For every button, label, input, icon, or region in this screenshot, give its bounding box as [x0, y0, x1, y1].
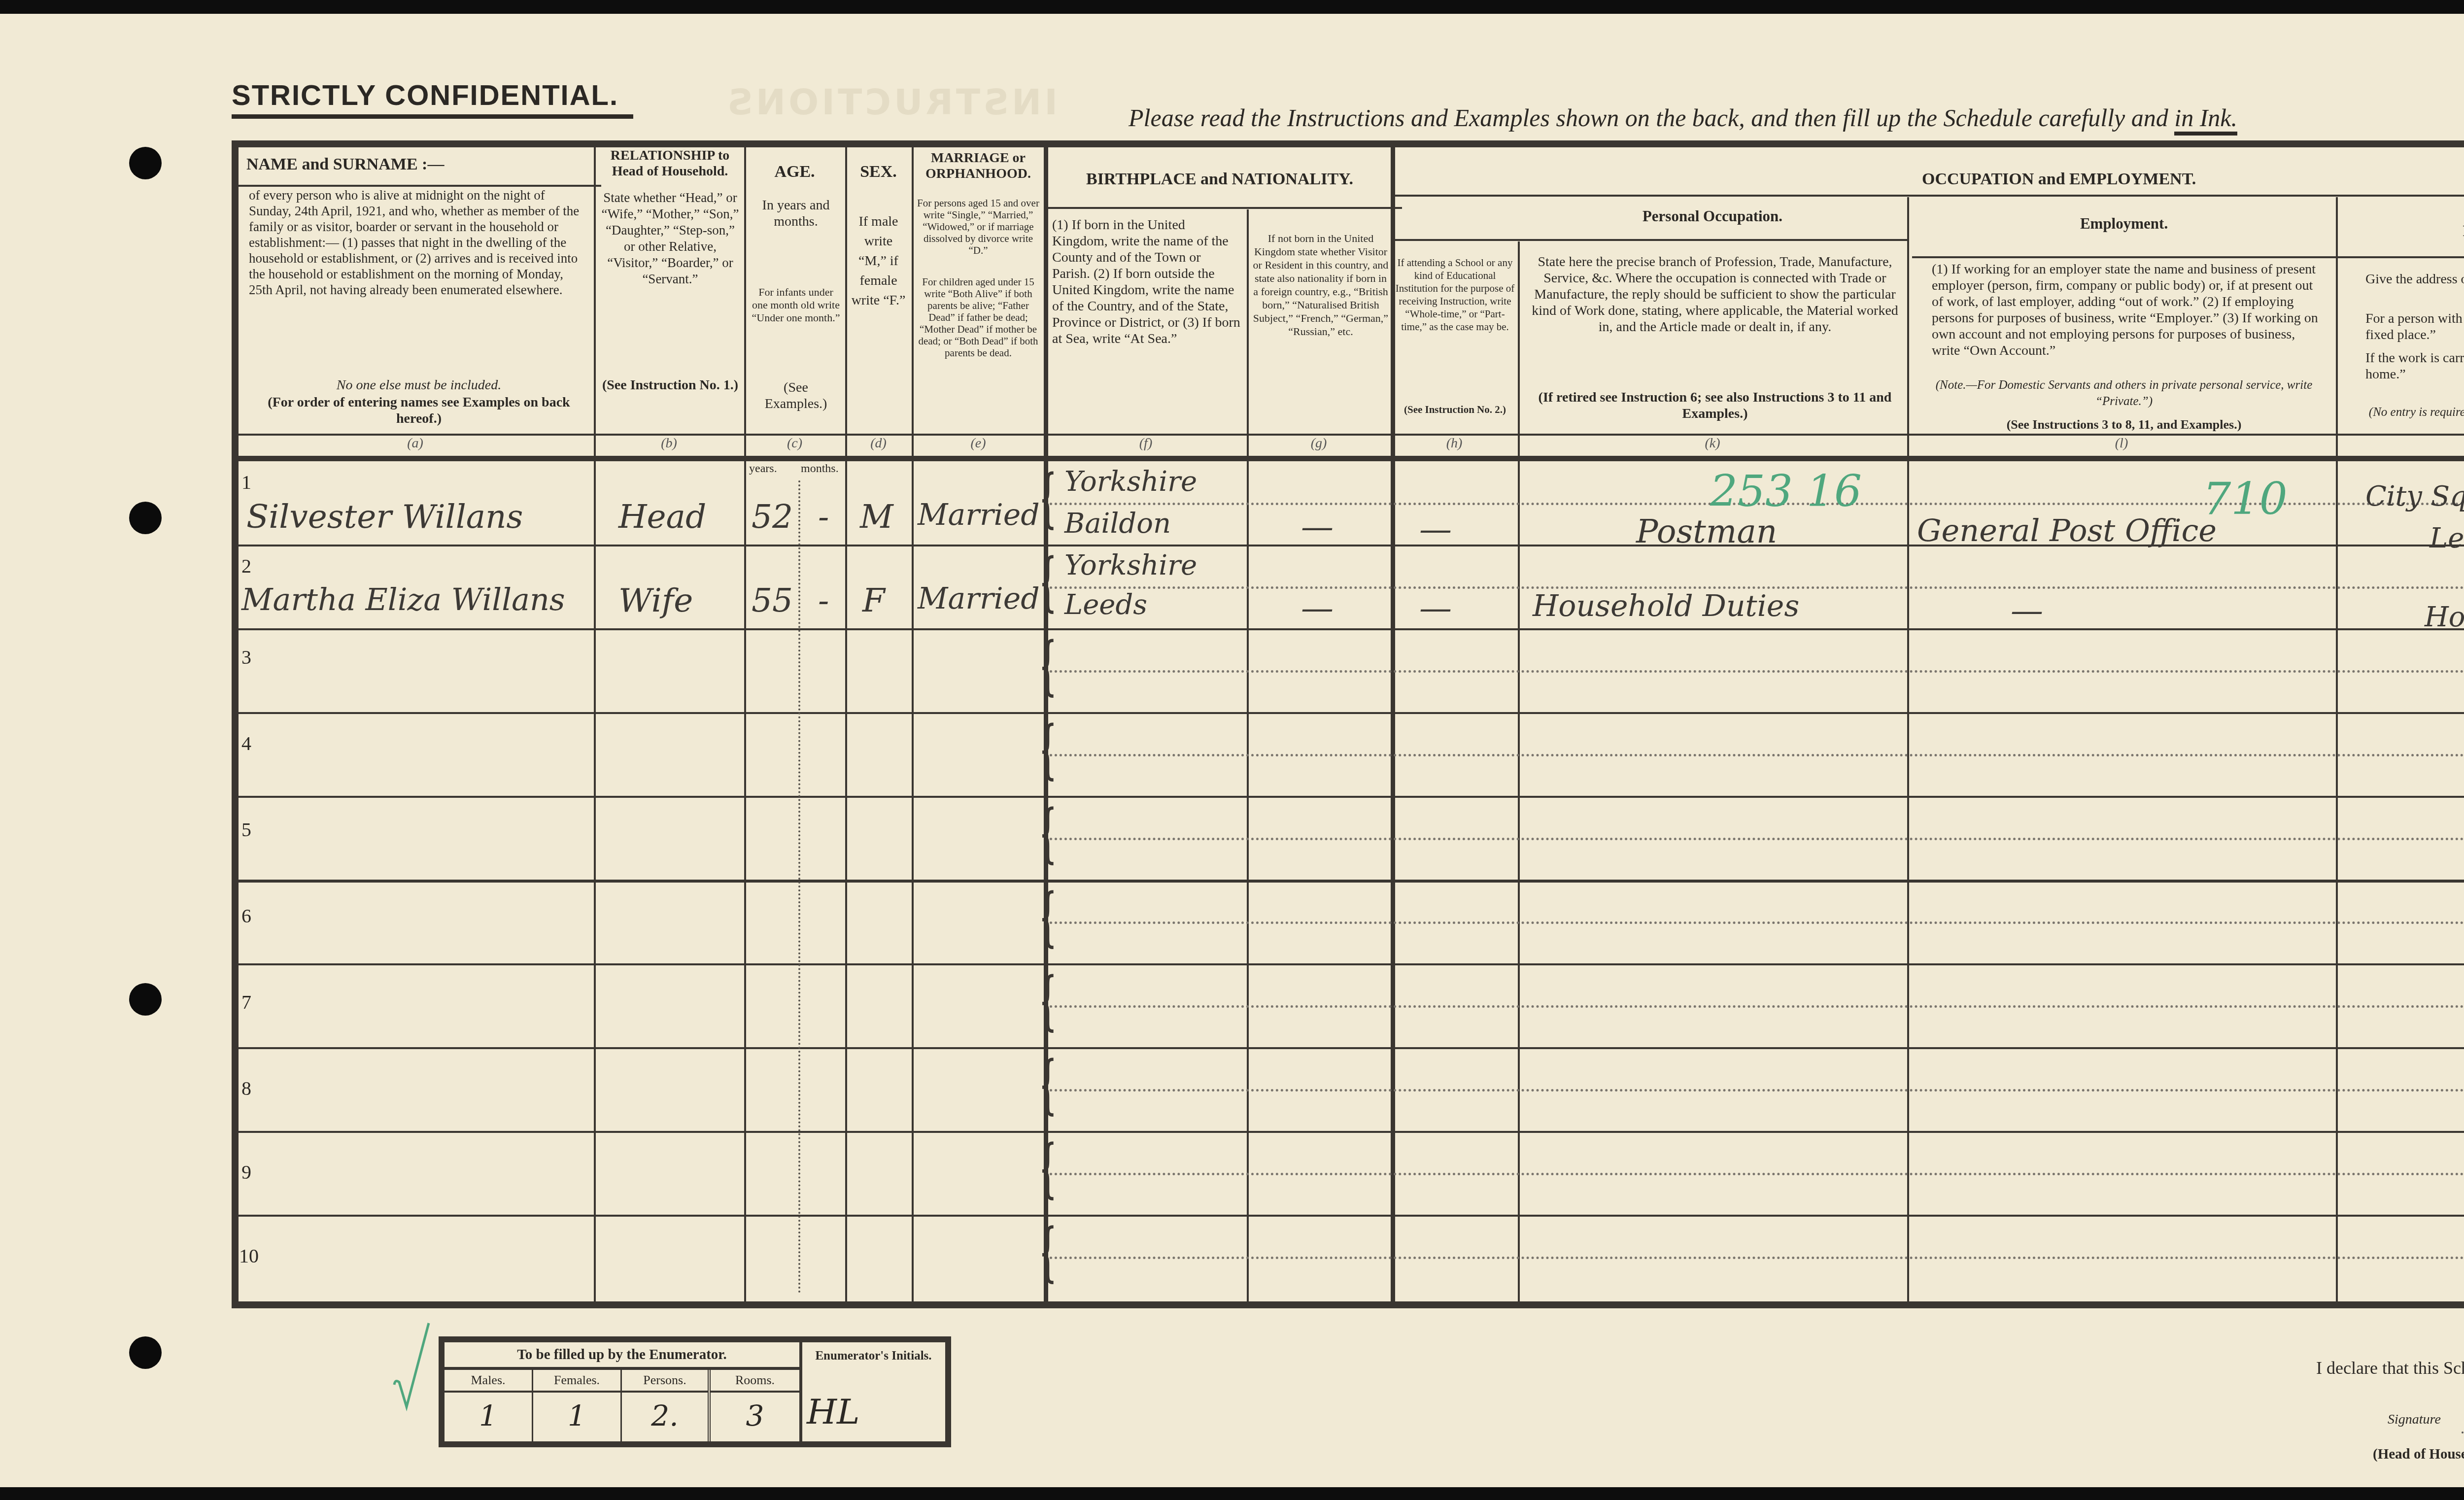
col-label-b: (b) [594, 436, 744, 451]
heading-employment: Employment. [1912, 214, 2336, 233]
row2-marriage[interactable]: Married [918, 581, 1040, 616]
nationality-instructions: If not born in the United Kingdom state … [1252, 232, 1390, 338]
row-rule-5 [239, 880, 2464, 883]
col-label-l: (l) [1907, 436, 2336, 451]
row-number-5: 5 [241, 818, 251, 841]
col-label-h: (h) [1391, 436, 1518, 451]
header-rule-employment [1912, 256, 2464, 258]
dotted-rule-10 [1050, 1257, 2464, 1259]
employment-instructions: (1) If working for an employer state the… [1932, 261, 2326, 359]
show-through-text: INSTRUCTIONS [724, 81, 1058, 123]
name-note: No one else must be included. [246, 377, 591, 393]
signature-label: Signature [2388, 1412, 2441, 1428]
row-rule-3 [239, 712, 2464, 714]
row-rule-4 [239, 796, 2464, 798]
dotted-rule-9 [1050, 1173, 2464, 1175]
row-number-7: 7 [241, 990, 251, 1014]
brace-row-5: { [1039, 801, 1057, 865]
row1-relationship[interactable]: Head [618, 498, 706, 536]
title-underline [232, 114, 633, 119]
row1-sex[interactable]: M [860, 498, 893, 536]
brace-row-6: { [1039, 885, 1057, 949]
males-field[interactable]: Males. 1 [445, 1370, 533, 1441]
heading-birthplace: BIRTHPLACE and NATIONALITY. [1050, 170, 1390, 189]
rooms-label: Rooms. [711, 1370, 799, 1393]
col-label-a: (a) [237, 436, 594, 451]
col-label-g: (g) [1247, 436, 1391, 451]
col-label-d: (d) [845, 436, 912, 451]
heading-name: NAME and SURNAME :— [246, 155, 591, 174]
row-number-9: 9 [241, 1160, 251, 1184]
row1-education[interactable]: — [1419, 510, 1452, 548]
dotted-rule-8 [1050, 1089, 2464, 1091]
education-instructions: If attending a School or any kind of Edu… [1395, 256, 1515, 333]
row-rule-6 [239, 963, 2464, 965]
enumerator-totals-box: To be filled up by the Enumerator. Enume… [439, 1336, 951, 1447]
signature-line [2462, 1432, 2464, 1433]
row-rule-8 [239, 1131, 2464, 1133]
age-years-months-divider [798, 480, 800, 1294]
age-months-label: months. [801, 462, 839, 476]
row1-birthplace-county[interactable]: Yorkshire [1064, 466, 1197, 498]
enumerator-check-icon [389, 1321, 439, 1414]
enumerator-initials-header: Enumerator's Initials. [802, 1342, 945, 1372]
row1-nationality[interactable]: — [1301, 508, 1334, 545]
row-number-6: 6 [241, 904, 251, 927]
row-number-4: 4 [241, 732, 251, 755]
enumerator-totals-header: To be filled up by the Enumerator. [445, 1342, 799, 1370]
row2-age-years[interactable]: 55 [752, 581, 793, 619]
marriage-instructions: For persons aged 15 and over write “Sing… [917, 197, 1040, 256]
header-bottom-rule [239, 456, 2464, 461]
males-label: Males. [445, 1370, 532, 1393]
row1-age-months[interactable]: - [818, 498, 829, 536]
instruction-emphasis: in Ink. [2174, 104, 2237, 136]
place-instructions-1: Give the address of each person’s place … [2365, 271, 2464, 287]
age-instructions: In years and months. [752, 197, 840, 230]
employment-note: (Note.—For Domestic Servants and others … [1922, 377, 2326, 409]
relationship-note: (See Instruction No. 1.) [599, 377, 742, 393]
persons-field[interactable]: Persons. 2. [622, 1370, 711, 1441]
place-note: (No entry is required for any person who… [2356, 404, 2464, 437]
age-years-label: years. [749, 462, 777, 476]
occupation-note: (If retired see Instruction 6; see also … [1528, 389, 1902, 422]
row1-employment[interactable]: General Post Office [1917, 512, 2217, 548]
education-note: (See Instruction No. 2.) [1395, 402, 1515, 418]
row-number-8: 8 [241, 1077, 251, 1100]
instruction-text: Please read the Instructions and Example… [1129, 104, 2174, 132]
females-field[interactable]: Females. 1 [533, 1370, 622, 1441]
instruction-line: Please read the Instructions and Example… [1129, 103, 2237, 132]
signature-caption: (Head of Household, Manager of Establish… [2373, 1446, 2464, 1463]
row2-occupation[interactable]: Household Duties [1533, 589, 1799, 623]
occupation-instructions: State here the precise branch of Profess… [1528, 254, 1902, 335]
row-number-1: 1 [241, 471, 251, 494]
col-line-l [1907, 197, 1909, 1306]
col-label-c: (c) [744, 436, 845, 451]
punch-hole-4 [129, 1336, 162, 1369]
row2-birthplace-county[interactable]: Yorkshire [1064, 549, 1197, 581]
row-rule-2 [239, 628, 2464, 630]
header-rule-birthplace [1047, 207, 1402, 209]
document-title: STRICTLY CONFIDENTIAL. [232, 79, 618, 112]
orphanhood-instructions: For children aged under 15 write “Both A… [917, 276, 1040, 359]
row2-relationship[interactable]: Wife [618, 581, 693, 619]
heading-relationship: RELATIONSHIP to Head of Household. [597, 148, 743, 179]
brace-row-7: { [1039, 968, 1057, 1032]
row1-place-line1[interactable]: City Square [2365, 480, 2464, 512]
row1-place-line2[interactable]: Leeds [2430, 522, 2464, 554]
name-instructions: of every person who is alive at midnight… [249, 187, 589, 298]
row1-birthplace-town[interactable]: Baildon [1064, 508, 1171, 540]
brace-row-9: { [1039, 1136, 1057, 1200]
punch-hole-1 [129, 147, 162, 179]
header-rule-name [237, 185, 601, 187]
row2-birthplace-town[interactable]: Leeds [1064, 589, 1147, 621]
dotted-rule-6 [1050, 921, 2464, 924]
header-rule-occupation [1395, 195, 2464, 197]
row1-name[interactable]: Silvester Willans [246, 498, 523, 536]
dotted-rule-7 [1050, 1005, 2464, 1008]
dotted-rule-4 [1050, 754, 2464, 756]
row2-age-months[interactable]: - [818, 581, 829, 619]
heading-occupation: OCCUPATION and EMPLOYMENT. [1922, 170, 2316, 189]
relationship-instructions: State whether “Head,” or “Wife,” “Mother… [599, 190, 742, 287]
heading-age: AGE. [747, 163, 843, 181]
dotted-rule-3 [1050, 670, 2464, 673]
brace-row-2: { [1039, 549, 1057, 614]
brace-row-10: { [1039, 1220, 1057, 1284]
heading-place-of-work: Place of Work. [2338, 222, 2464, 240]
punch-hole-3 [129, 983, 162, 1016]
col-label-f: (f) [1045, 436, 1247, 451]
row-number-10: 10 [239, 1244, 259, 1267]
row-number-2: 2 [241, 554, 251, 578]
brace-row-3: { [1039, 633, 1057, 697]
row-rule-7 [239, 1047, 2464, 1049]
rooms-field[interactable]: Rooms. 3 [711, 1370, 799, 1441]
enumerator-initials-value[interactable]: HL [807, 1392, 860, 1432]
row1-marriage[interactable]: Married [918, 498, 1040, 532]
heading-marriage: MARRIAGE or ORPHANHOOD. [914, 150, 1042, 182]
header-rule-personal-occ [1395, 239, 1907, 241]
row-rule-9 [239, 1215, 2464, 1217]
row1-age-years[interactable]: 52 [752, 498, 793, 536]
females-label: Females. [533, 1370, 620, 1393]
col-line-m [2336, 197, 2338, 1306]
name-order-note: (For order of entering names see Example… [246, 394, 591, 427]
age-note: (See Examples.) [752, 379, 840, 412]
row1-occupation-code: 253 16 [1710, 466, 1862, 516]
place-instructions-3: If the work is carried on mainly at home… [2365, 350, 2464, 382]
sex-instructions: If male write “M,” if female write “F.” [850, 212, 907, 310]
females-value: 1 [533, 1393, 620, 1439]
persons-value: 2. [622, 1393, 708, 1439]
row2-education[interactable]: — [1419, 589, 1452, 627]
row1-employment-code: 710 [2203, 473, 2288, 525]
heading-sex: SEX. [848, 163, 909, 181]
rooms-value: 3 [711, 1393, 799, 1439]
row2-sex[interactable]: F [862, 581, 885, 619]
heading-personal-occupation: Personal Occupation. [1518, 207, 1907, 226]
col-line-g [1247, 209, 1249, 1306]
persons-label: Persons. [622, 1370, 708, 1393]
row1-occupation[interactable]: Postman [1636, 512, 1777, 550]
dotted-rule-5 [1050, 838, 2464, 840]
row2-employment[interactable]: — [2011, 591, 2043, 629]
brace-row-1: { [1039, 466, 1057, 530]
brace-row-4: { [1039, 717, 1057, 781]
row2-place-line2[interactable]: Home [2425, 601, 2464, 633]
age-infant-instructions: For infants under one month old write “U… [752, 286, 840, 324]
birthplace-instructions: (1) If born in the United Kingdom, write… [1052, 217, 1242, 347]
col-label-e: (e) [912, 436, 1045, 451]
declaration-text: I declare that this Schedule is correctl… [2316, 1358, 2464, 1378]
row2-name[interactable]: Martha Eliza Willans [241, 581, 565, 617]
col-line-k [1518, 241, 1520, 1306]
males-value: 1 [445, 1393, 532, 1439]
row-number-3: 3 [241, 646, 251, 669]
col-label-m: (m) [2336, 436, 2464, 451]
col-label-k: (k) [1518, 436, 1907, 451]
employment-see-note: (See Instructions 3 to 8, 11, and Exampl… [1922, 416, 2326, 433]
row2-nationality[interactable]: — [1301, 589, 1334, 627]
punch-hole-2 [129, 502, 162, 534]
place-instructions-2: For a person with no regular place of wo… [2365, 310, 2464, 343]
brace-row-8: { [1039, 1052, 1057, 1116]
